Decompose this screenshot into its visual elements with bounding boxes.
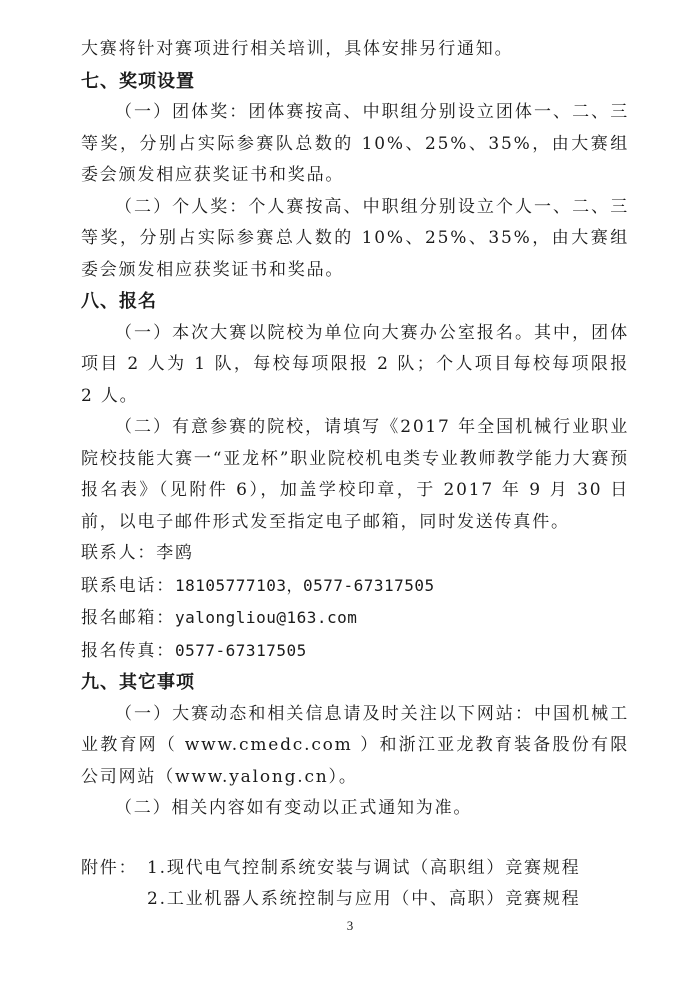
section-heading-awards: 七、奖项设置 [81, 66, 629, 98]
section-heading-other: 九、其它事项 [81, 667, 629, 699]
contact-phone-value: 18105777103，0577-67317505 [175, 576, 435, 595]
contact-fax: 报名传真：0577-67317505 [81, 635, 629, 668]
contact-email: 报名邮箱：yalongliou@163.com [81, 602, 629, 635]
contact-phone-label: 联系电话： [81, 576, 175, 596]
contact-person-value: 李鸥 [156, 543, 194, 563]
attachment-item-1: 附件：1.现代电气控制系统安装与调试（高职组）竞赛规程 [81, 853, 629, 885]
attachment-item-1-text: 1.现代电气控制系统安装与调试（高职组）竞赛规程 [147, 858, 580, 878]
attachment-item-2: 2.工业机器人系统控制与应用（中、高职）竞赛规程 [81, 884, 629, 916]
paragraph-registration-unit: （一）本次大赛以院校为单位向大赛办公室报名。其中，团体项目 2 人为 1 队，每… [81, 318, 629, 413]
paragraph-websites: （一）大赛动态和相关信息请及时关注以下网站：中国机械工业教育网（ www.cme… [81, 699, 629, 794]
attachment-item-2-text: 2.工业机器人系统控制与应用（中、高职）竞赛规程 [147, 889, 580, 909]
section-heading-registration: 八、报名 [81, 286, 629, 318]
page-number: 3 [0, 918, 700, 934]
contact-person: 联系人：李鸥 [81, 538, 629, 570]
paragraph-registration-form: （二）有意参赛的院校，请填写《2017 年全国机械行业职业院校技能大赛一“亚龙杯… [81, 412, 629, 538]
contact-email-label: 报名邮箱： [81, 608, 175, 628]
paragraph-team-award: （一）团体奖：团体赛按高、中职组分别设立团体一、二、三等奖，分别占实际参赛队总数… [81, 97, 629, 192]
contact-fax-value: 0577-67317505 [175, 641, 307, 660]
contact-email-value[interactable]: yalongliou@163.com [175, 608, 357, 627]
paragraph-individual-award: （二）个人奖：个人赛按高、中职组分别设立个人一、二、三等奖，分别占实际参赛总人数… [81, 192, 629, 287]
document-page: 大赛将针对赛项进行相关培训，具体安排另行通知。 七、奖项设置 （一）团体奖：团体… [81, 34, 629, 916]
attachments-label: 附件： [81, 853, 147, 885]
contact-phone: 联系电话：18105777103，0577-67317505 [81, 570, 629, 603]
spacer [81, 825, 629, 853]
contact-fax-label: 报名传真： [81, 641, 175, 661]
contact-person-label: 联系人： [81, 543, 156, 563]
intro-paragraph: 大赛将针对赛项进行相关培训，具体安排另行通知。 [81, 34, 629, 66]
paragraph-changes-notice: （二）相关内容如有变动以正式通知为准。 [81, 793, 629, 825]
